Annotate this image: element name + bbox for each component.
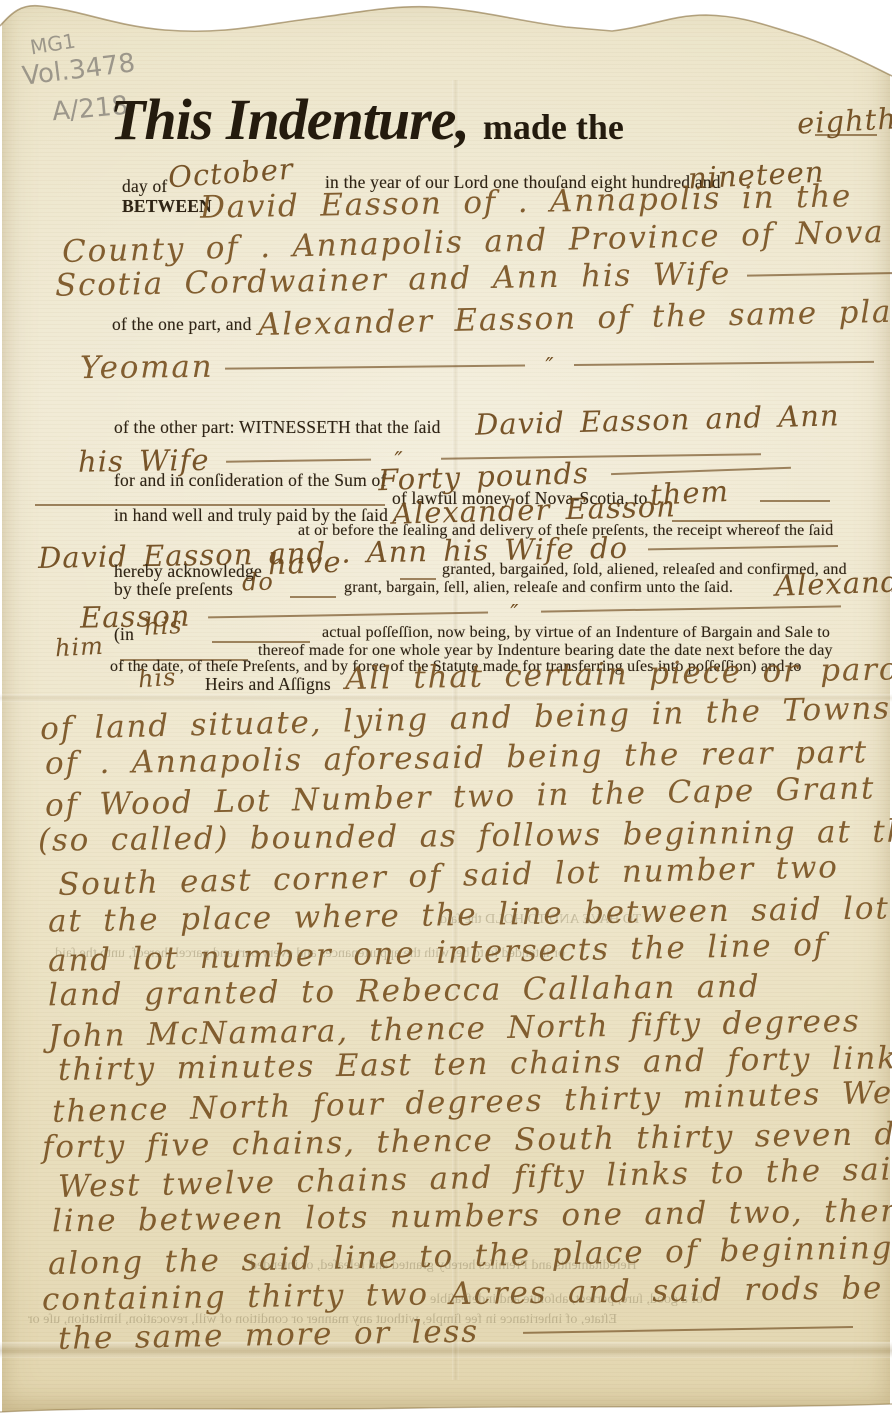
printed-witnesseth: of the other part: WITNESSETH that the ſ… bbox=[114, 417, 441, 437]
printed-actual-possession: actual poſſeſſion, now being, by virtue … bbox=[322, 624, 830, 641]
printed-presents: by theſe preſents bbox=[114, 579, 233, 599]
hw-to-him: him bbox=[54, 632, 104, 663]
printed-consideration: for and in conſideration of the Sum of bbox=[114, 470, 386, 490]
hw-ditto-mark: ″ bbox=[545, 354, 553, 379]
ink-rule bbox=[208, 608, 488, 619]
bleedthrough-text: TO HAVE AND TO HOLD the ſaid bbox=[440, 912, 641, 928]
title-made-the: made the bbox=[483, 107, 624, 147]
hw-whose-heirs: his bbox=[137, 663, 177, 694]
printed-one-part: of the one part, and bbox=[112, 314, 252, 334]
ink-rule bbox=[574, 357, 874, 366]
ink-rule bbox=[760, 496, 830, 502]
document-scan: MG1 Vol.3478 A/218 This Indenture, made … bbox=[0, 0, 892, 1423]
ink-rule bbox=[747, 267, 892, 276]
bleedthrough-text: or intended ſo to be, with the appurtena… bbox=[55, 946, 565, 962]
ink-rule bbox=[541, 601, 841, 612]
printed-in-paren: (in bbox=[114, 624, 134, 644]
ink-rule bbox=[815, 130, 877, 136]
ink-rule bbox=[226, 455, 371, 463]
printed-acknowledge: hereby acknowledge bbox=[114, 561, 262, 581]
hw-in-whose: his bbox=[143, 611, 183, 641]
document-title: This Indenture, bbox=[110, 87, 469, 152]
printed-day-of: day of bbox=[122, 176, 167, 196]
hw-do: do bbox=[242, 567, 275, 596]
hw-ditto-mark: ″ bbox=[510, 601, 519, 626]
hw-party2-occupation: Yeoman bbox=[80, 349, 214, 386]
ink-rule bbox=[611, 463, 791, 475]
ink-rule bbox=[225, 360, 525, 369]
printed-heirs: Heirs and Aſſigns bbox=[205, 674, 331, 694]
bleedthrough-text: of a good, ſure, perfect, abſolute and i… bbox=[430, 1292, 703, 1308]
bleedthrough-text: Eſtate, of inheritance in fee ſimple, wi… bbox=[28, 1312, 617, 1328]
ink-rule bbox=[648, 541, 838, 550]
hw-have: have bbox=[267, 545, 342, 582]
printed-between: BETWEEN bbox=[122, 196, 212, 216]
bleedthrough-text: Hereditaments and Premiſes hereby grante… bbox=[250, 1258, 637, 1274]
